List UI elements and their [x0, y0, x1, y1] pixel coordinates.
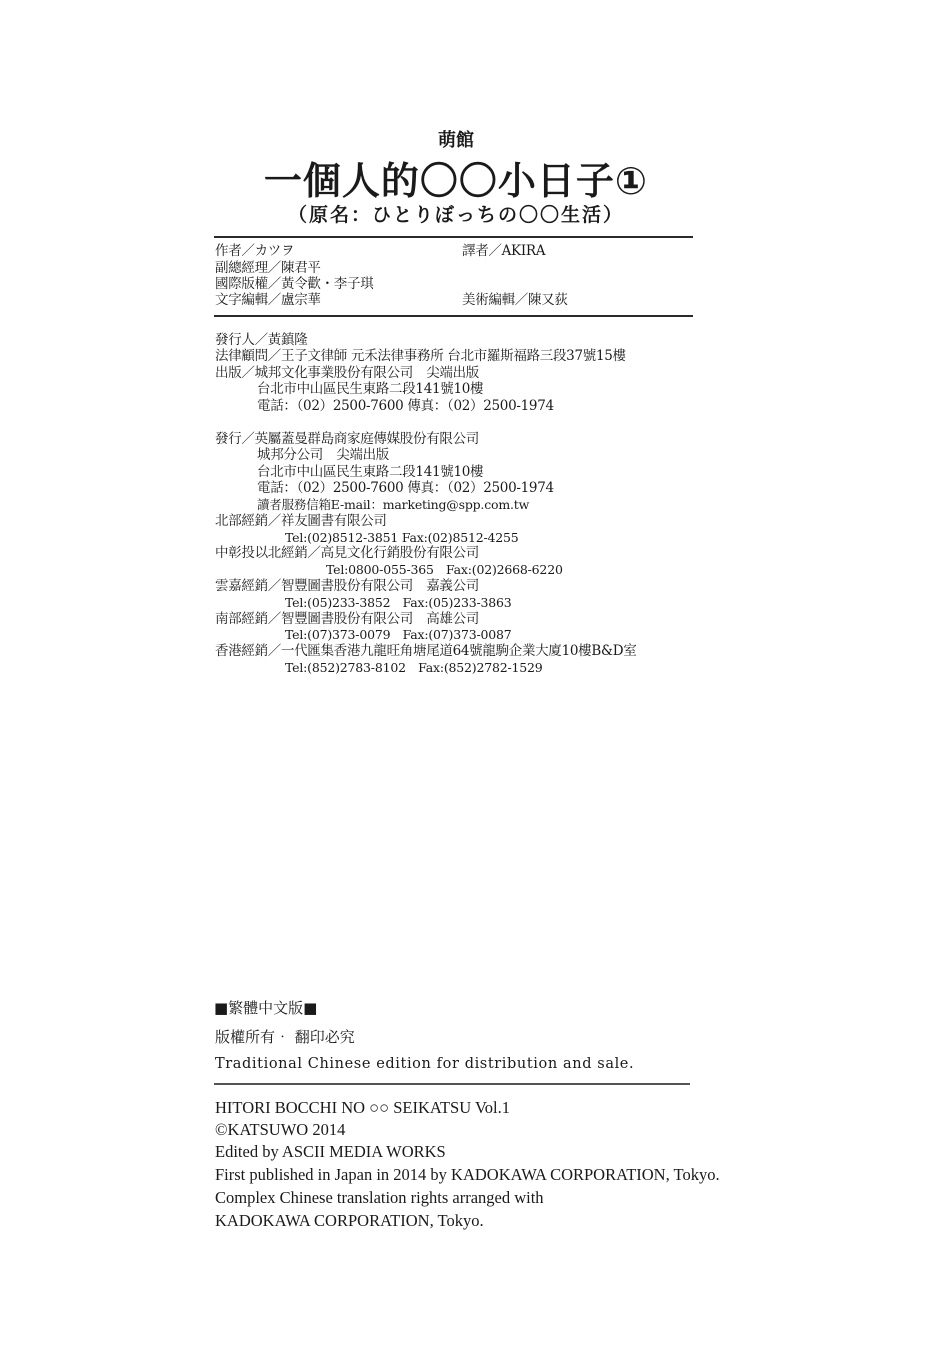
- copyright-line: HITORI BOCCHI NO ○○ SEIKATSU Vol.1: [215, 1097, 510, 1119]
- book-title: 一個人的〇〇小日子①: [0, 158, 912, 204]
- distributor-name: 中彰投以北經銷／高見文化行銷股份有限公司: [215, 545, 479, 561]
- copyright-line: KADOKAWA CORPORATION, Tokyo.: [215, 1210, 484, 1232]
- divider-top: [214, 236, 693, 238]
- legal-counsel: 法律顧問／王子文律師 元禾法律事務所 台北市羅斯福路三段37號15樓: [215, 348, 626, 364]
- publisher-address: 台北市中山區民生東路二段141號10樓: [257, 381, 483, 397]
- publisher-imprint: 萌館: [0, 130, 912, 152]
- rights-notice: 版權所有‧ 翻印必究: [215, 1027, 355, 1047]
- credit-translator: 譯者／AKIRA: [462, 243, 545, 259]
- copyright-line: Complex Chinese translation rights arran…: [215, 1187, 544, 1209]
- distributor-contact: Tel:(02)8512-3851 Fax:(02)8512-4255: [285, 530, 519, 546]
- distribution-address: 台北市中山區民生東路二段141號10樓: [257, 464, 483, 480]
- copyright-line: Edited by ASCII MEDIA WORKS: [215, 1141, 446, 1163]
- distribution-phone: 電話：（02）2500-7600 傳真：（02）2500-1974: [257, 480, 554, 496]
- distributor-contact: Tel:0800-055-365 Fax:(02)2668-6220: [326, 562, 563, 578]
- distributor-contact: Tel:(852)2783-8102 Fax:(852)2782-1529: [285, 660, 543, 676]
- reader-service-email: 讀者服務信箱E-mail：marketing@spp.com.tw: [257, 497, 529, 513]
- distributor-name: 南部經銷／智豐圖書股份有限公司 高雄公司: [215, 611, 479, 627]
- divider-bottom: [214, 1083, 690, 1085]
- distributor-contact: Tel:(05)233-3852 Fax:(05)233-3863: [285, 595, 512, 611]
- edition-label: ■繁體中文版■: [214, 998, 317, 1018]
- divider-middle: [214, 315, 693, 317]
- distribution-branch: 城邦分公司 尖端出版: [257, 447, 389, 463]
- credit-text-editor: 文字編輯／盧宗華: [215, 292, 321, 308]
- credit-art-editor: 美術編輯／陳又荻: [462, 292, 568, 308]
- credit-deputy-gm: 副總經理／陳君平: [215, 260, 321, 276]
- distributor-name: 雲嘉經銷／智豐圖書股份有限公司 嘉義公司: [215, 578, 479, 594]
- publisher: 出版／城邦文化事業股份有限公司 尖端出版: [215, 365, 479, 381]
- edition-note: Traditional Chinese edition for distribu…: [215, 1054, 634, 1074]
- credit-intl-rights: 國際版權／黃令歡・李子琪: [215, 276, 373, 292]
- publisher-phone: 電話：（02）2500-7600 傳真：（02）2500-1974: [257, 398, 554, 414]
- distributor-contact: Tel:(07)373-0079 Fax:(07)373-0087: [285, 627, 512, 643]
- copyright-line: First published in Japan in 2014 by KADO…: [215, 1164, 720, 1186]
- distribution-issuer: 發行／英屬蓋曼群島商家庭傳媒股份有限公司: [215, 431, 479, 447]
- credit-author: 作者／カツヲ: [215, 243, 294, 259]
- issuer: 發行人／黃鎮隆: [215, 332, 307, 348]
- original-title: （原名：ひとりぼっちの〇〇生活）: [0, 203, 912, 227]
- distributor-name: 北部經銷／祥友圖書有限公司: [215, 513, 387, 529]
- distributor-name: 香港經銷／一代匯集香港九龍旺角塘尾道64號龍駒企業大廈10樓B&D室: [215, 643, 636, 659]
- copyright-line: ©KATSUWO 2014: [215, 1119, 345, 1141]
